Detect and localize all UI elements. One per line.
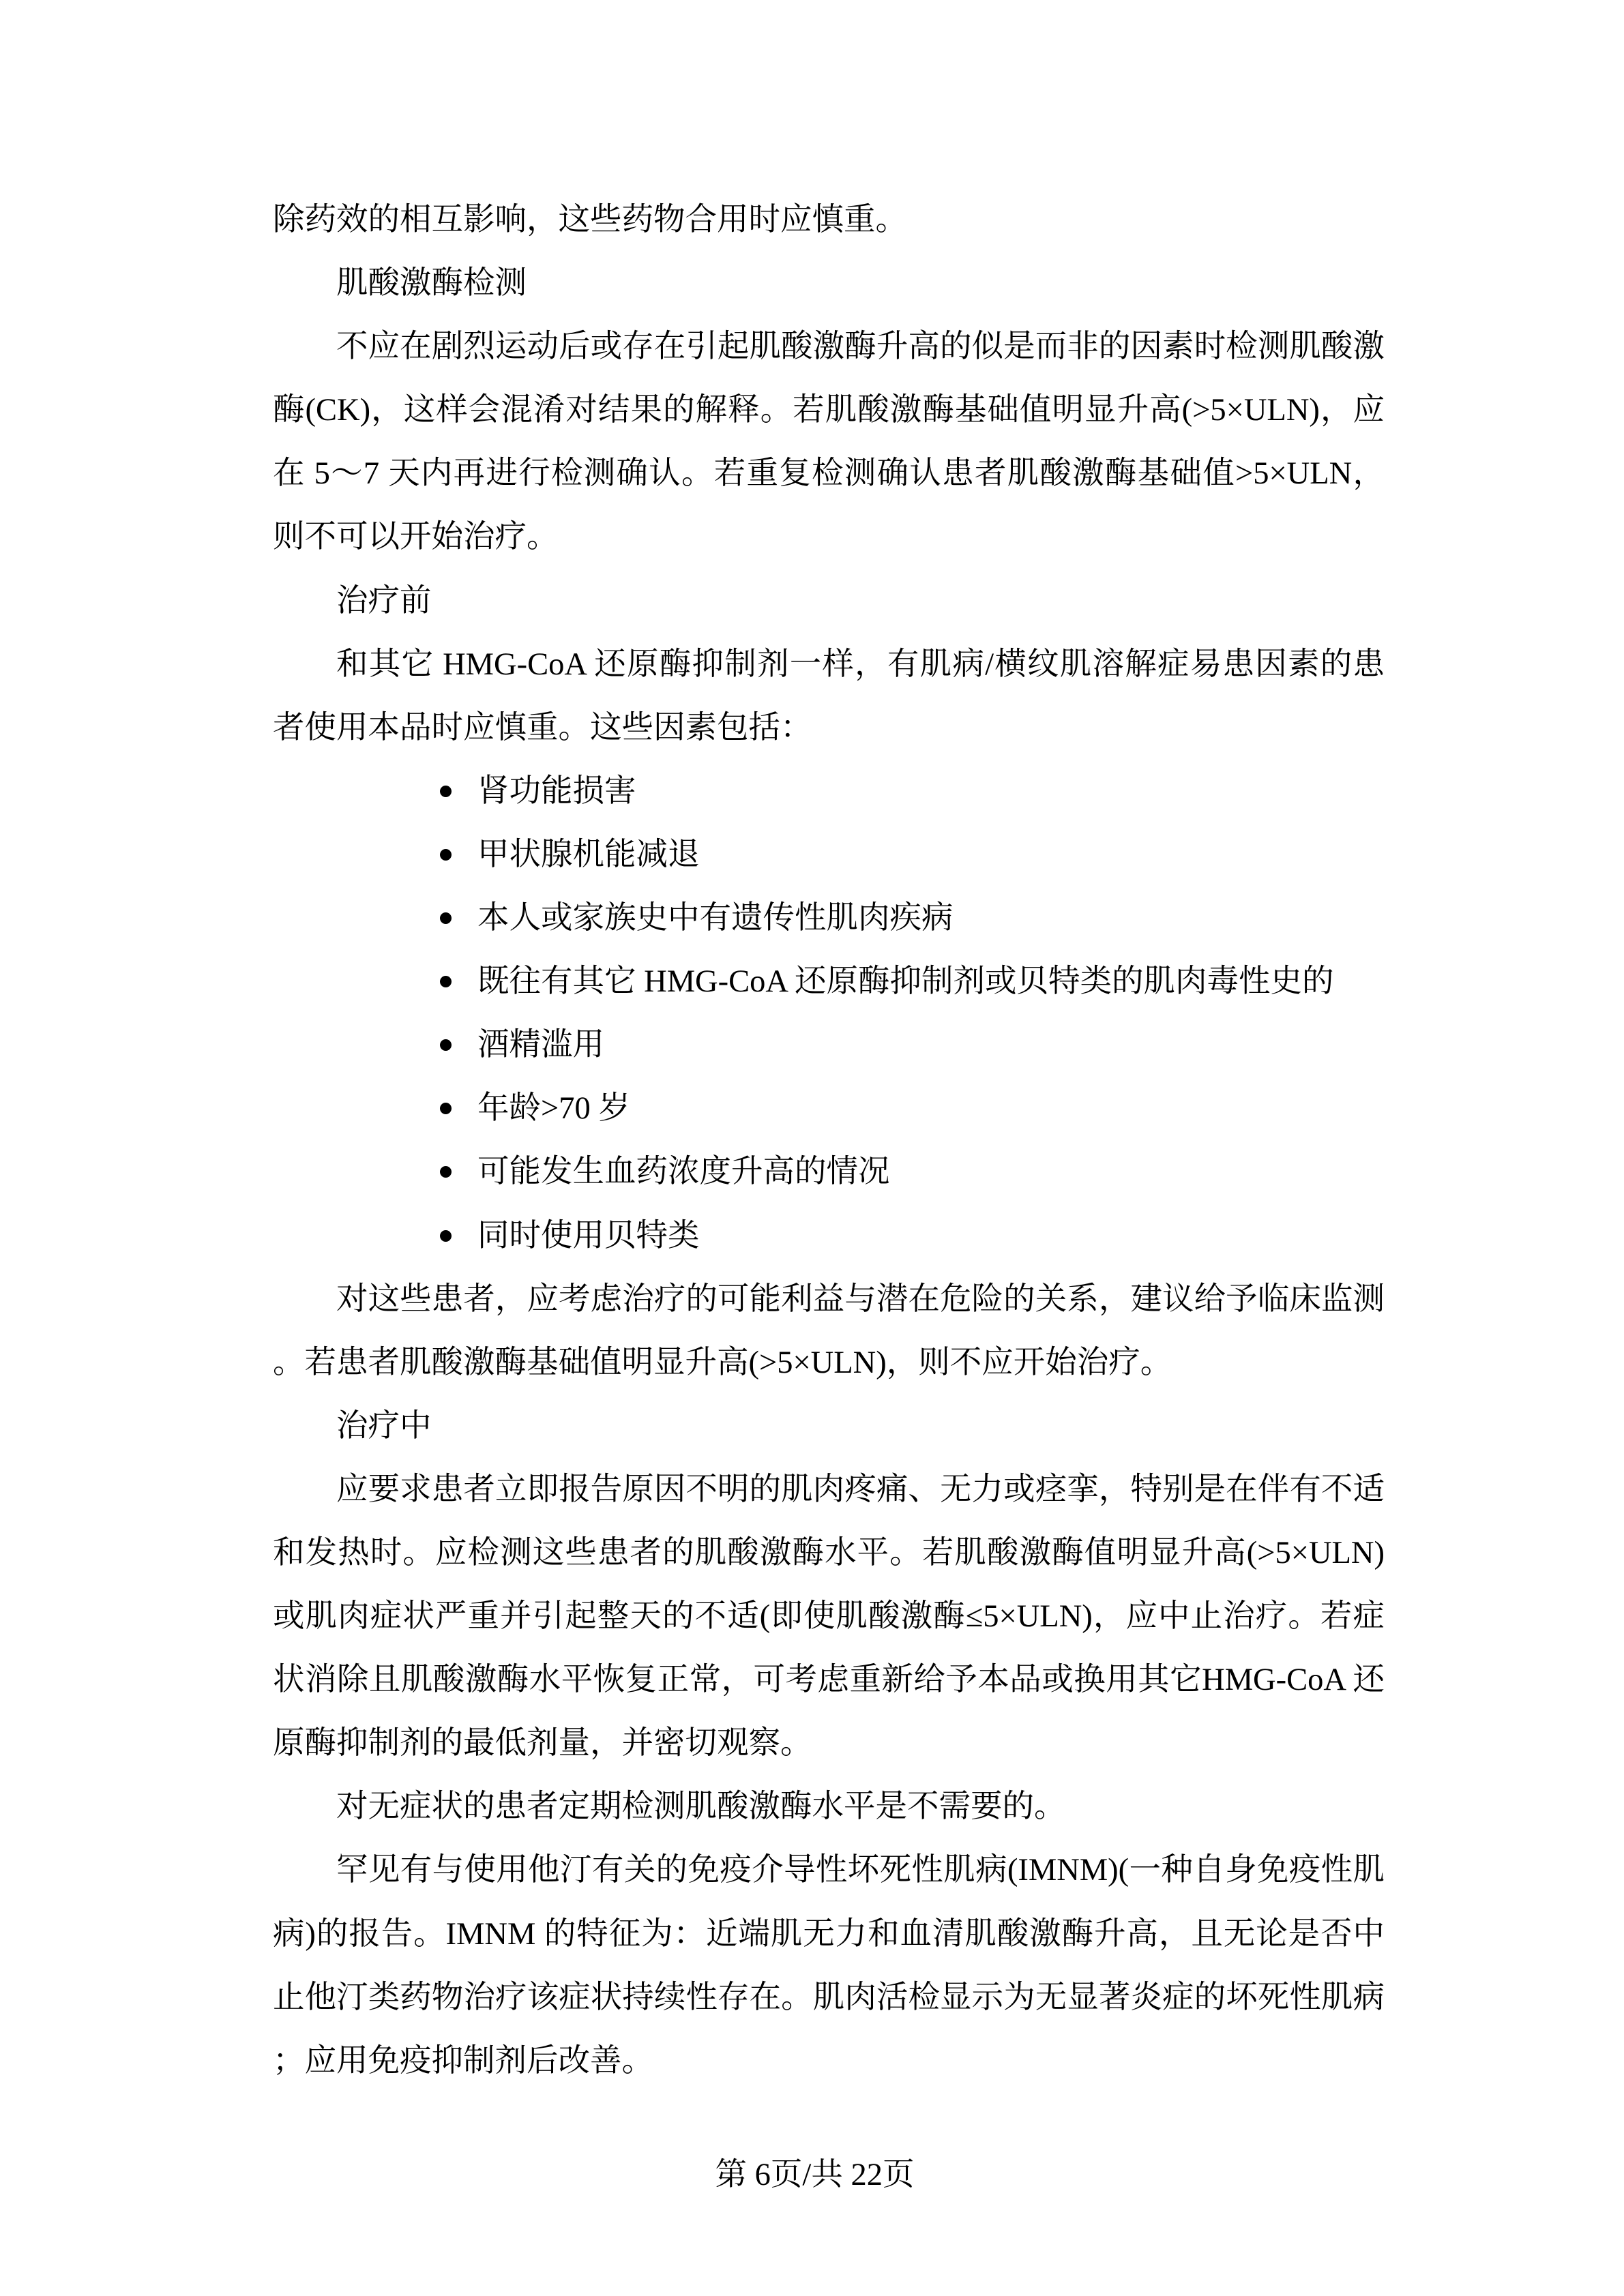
- bullet-icon: [440, 912, 452, 924]
- list-item-text: 肾功能损害: [477, 774, 636, 809]
- bullet-icon: [440, 1230, 452, 1242]
- paragraph-asymptomatic: 对无症状的患者定期检测肌酸激酶水平是不需要的。: [273, 1775, 1385, 1838]
- list-item: 可能发生血药浓度升高的情况: [273, 1140, 1385, 1204]
- bullet-icon: [440, 976, 452, 987]
- bullet-icon: [440, 1166, 452, 1178]
- list-item-text: 甲状腺机能减退: [477, 837, 700, 872]
- risk-factor-list: 肾功能损害 甲状腺机能减退 本人或家族史中有遗传性肌肉疾病 既往有其它 HMG-…: [273, 760, 1385, 1268]
- section-heading-during-treatment: 治疗中: [273, 1395, 1385, 1458]
- list-item-text: 可能发生血药浓度升高的情况: [477, 1154, 890, 1189]
- list-item: 本人或家族史中有遗传性肌肉疾病: [273, 886, 1385, 950]
- document-body: 除药效的相互影响，这些药物合用时应慎重。 肌酸激酶检测 不应在剧烈运动后或存在引…: [273, 188, 1385, 2093]
- list-item-text: 同时使用贝特类: [477, 1219, 700, 1253]
- bullet-icon: [440, 786, 452, 797]
- bullet-icon: [440, 849, 452, 861]
- document-page: 除药效的相互影响，这些药物合用时应慎重。 肌酸激酶检测 不应在剧烈运动后或存在引…: [0, 0, 1624, 2296]
- page-number-footer: 第 6页/共 22页: [0, 2153, 1624, 2197]
- paragraph-monitoring: 对这些患者，应考虑治疗的可能利益与潜在危险的关系，建议给予临床监测。若患者肌酸激…: [273, 1268, 1385, 1395]
- list-item: 肾功能损害: [273, 760, 1385, 823]
- list-item-text: 年龄>70 岁: [477, 1091, 630, 1126]
- list-item: 同时使用贝特类: [273, 1204, 1385, 1268]
- paragraph-before-treatment: 和其它 HMG-CoA 还原酶抑制剂一样，有肌病/横纹肌溶解症易患因素的患者使用…: [273, 633, 1385, 760]
- bullet-icon: [440, 1039, 452, 1051]
- list-item: 甲状腺机能减退: [273, 823, 1385, 886]
- paragraph-during-treatment: 应要求患者立即报告原因不明的肌肉疼痛、无力或痉挛，特别是在伴有不适和发热时。应检…: [273, 1458, 1385, 1775]
- list-item-text: 酒精滥用: [477, 1028, 604, 1062]
- section-heading-ck-testing: 肌酸激酶检测: [273, 252, 1385, 315]
- list-item-text: 本人或家族史中有遗传性肌肉疾病: [477, 901, 954, 936]
- bullet-icon: [440, 1103, 452, 1114]
- paragraph-imnm: 罕见有与使用他汀有关的免疫介导性坏死性肌病(IMNM)(一种自身免疫性肌病)的报…: [273, 1838, 1385, 2092]
- paragraph-ck-testing: 不应在剧烈运动后或存在引起肌酸激酶升高的似是而非的因素时检测肌酸激酶(CK)，这…: [273, 315, 1385, 569]
- list-item: 年龄>70 岁: [273, 1077, 1385, 1140]
- list-item-text: 既往有其它 HMG-CoA 还原酶抑制剂或贝特类的肌肉毒性史的: [477, 964, 1334, 999]
- paragraph-continuation: 除药效的相互影响，这些药物合用时应慎重。: [273, 188, 1385, 252]
- section-heading-before-treatment: 治疗前: [273, 569, 1385, 633]
- list-item: 既往有其它 HMG-CoA 还原酶抑制剂或贝特类的肌肉毒性史的: [273, 950, 1385, 1013]
- list-item: 酒精滥用: [273, 1013, 1385, 1077]
